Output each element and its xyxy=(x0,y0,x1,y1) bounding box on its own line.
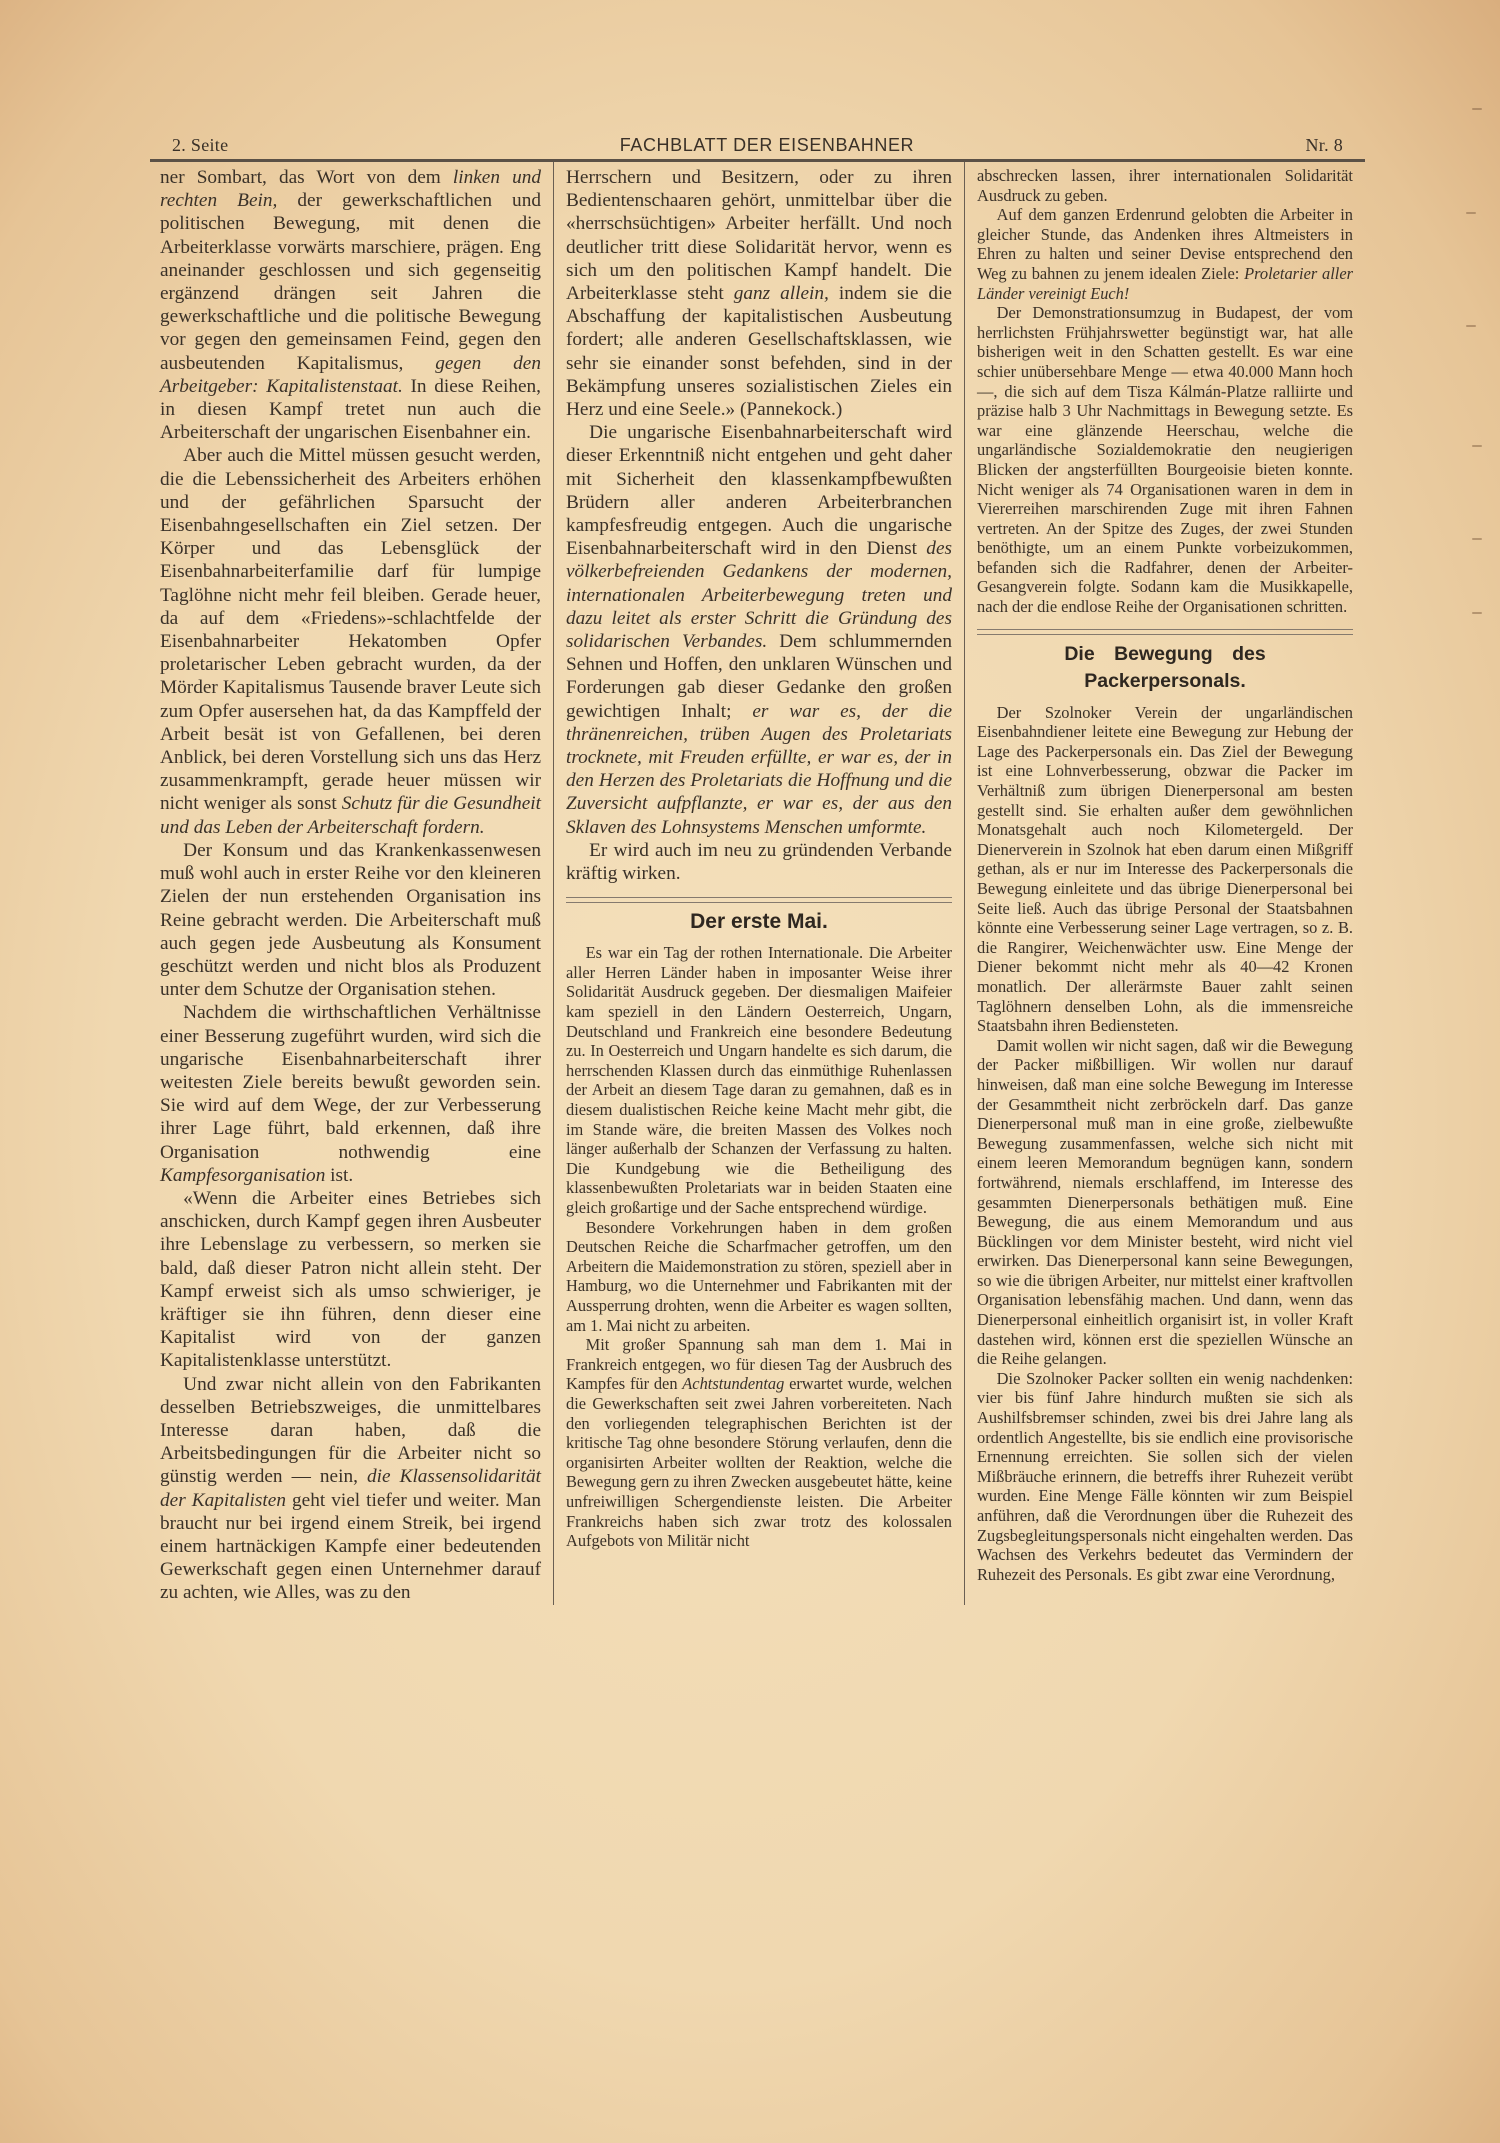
margin-speck xyxy=(1472,108,1482,110)
paragraph: Damit wollen wir nicht sagen, daß wir di… xyxy=(977,1036,1353,1369)
body-text: ner Sombart, das Wort von dem xyxy=(160,167,453,188)
paragraph: Der Demonstrationsumzug in Budapest, der… xyxy=(977,303,1353,617)
margin-speck xyxy=(1466,325,1476,327)
body-text: erwartet wurde, welchen die Gewerkschaft… xyxy=(566,1374,952,1550)
body-text: abschrecken lassen, ihrer internationale… xyxy=(977,166,1353,205)
quote-paragraph: «Wenn die Arbeiter eines Betriebes sich … xyxy=(160,1187,541,1373)
body-text: Nachdem die wirthschaftlichen Verhältnis… xyxy=(160,1002,541,1162)
paragraph: Herrschern und Besitzern, oder zu ihren … xyxy=(566,166,952,421)
body-text: Aber auch die Mittel müssen gesucht werd… xyxy=(160,445,541,814)
newspaper-page: 2. Seite FACHBLATT DER EISENBAHNER Nr. 8… xyxy=(150,132,1365,1605)
emphasis-text: Kampfesorganisation xyxy=(160,1165,325,1186)
article-heading-packerpersonal: Die Bewegung des Packerpersonals. xyxy=(977,641,1353,695)
columns: ner Sombart, das Wort von dem linken und… xyxy=(150,162,1365,1605)
issue-number: Nr. 8 xyxy=(1306,135,1344,156)
paragraph: Aber auch die Mittel müssen gesucht werd… xyxy=(160,444,541,838)
body-text: «Wenn die Arbeiter eines Betriebes sich … xyxy=(160,1188,541,1371)
paragraph: Der Szolnoker Verein der ungarländischen… xyxy=(977,703,1353,1036)
body-text: Der Szolnoker Verein der ungarländischen… xyxy=(977,703,1353,1036)
emphasis-text: Achtstundentag xyxy=(682,1374,784,1393)
paragraph: Auf dem ganzen Erdenrund gelobten die Ar… xyxy=(977,205,1353,303)
column-middle: Herrschern und Besitzern, oder zu ihren … xyxy=(553,162,965,1605)
section-divider xyxy=(977,629,1353,635)
paragraph: ner Sombart, das Wort von dem linken und… xyxy=(160,166,541,444)
body-text: Der Demonstrationsumzug in Budapest, der… xyxy=(977,303,1353,616)
margin-speck xyxy=(1472,445,1482,447)
emphasis-text: ganz allein, xyxy=(734,283,829,304)
paragraph: Die Szolnoker Packer sollten ein wenig n… xyxy=(977,1369,1353,1585)
paragraph: abschrecken lassen, ihrer internationale… xyxy=(977,166,1353,205)
article-heading-erste-mai: Der erste Mai. xyxy=(566,909,952,935)
body-text: Er wird auch im neu zu gründenden Verban… xyxy=(566,840,952,884)
body-text: Die Szolnoker Packer sollten ein wenig n… xyxy=(977,1369,1353,1584)
margin-speck xyxy=(1472,612,1482,614)
body-text: Der Konsum und das Krankenkassenwesen mu… xyxy=(160,840,541,1000)
section-divider xyxy=(566,897,952,903)
paragraph: Und zwar nicht allein von den Fabrikante… xyxy=(160,1373,541,1605)
body-text: ist. xyxy=(325,1165,353,1186)
margin-speck xyxy=(1472,538,1482,540)
paragraph: Mit großer Spannung sah man dem 1. Mai i… xyxy=(566,1335,952,1551)
column-right: abschrecken lassen, ihrer internationale… xyxy=(965,162,1365,1605)
column-left: ner Sombart, das Wort von dem linken und… xyxy=(150,162,553,1605)
paragraph: Es war ein Tag der rothen Internationale… xyxy=(566,943,952,1217)
paragraph: Der Konsum und das Krankenkassenwesen mu… xyxy=(160,839,541,1001)
body-text: Damit wollen wir nicht sagen, daß wir di… xyxy=(977,1036,1353,1369)
page-number: 2. Seite xyxy=(172,135,228,156)
body-text: der gewerkschaftlichen und politischen B… xyxy=(160,190,541,373)
paragraph: Die ungarische Eisenbahnarbeiterschaft w… xyxy=(566,421,952,839)
paragraph: Nachdem die wirthschaftlichen Verhältnis… xyxy=(160,1001,541,1187)
paragraph: Besondere Vorkehrungen haben in dem groß… xyxy=(566,1218,952,1336)
body-text: Es war ein Tag der rothen Internationale… xyxy=(566,943,952,1217)
body-text: Die ungarische Eisenbahnarbeiterschaft w… xyxy=(566,422,952,559)
running-header: 2. Seite FACHBLATT DER EISENBAHNER Nr. 8 xyxy=(150,132,1365,156)
publication-title: FACHBLATT DER EISENBAHNER xyxy=(620,135,914,156)
article-erste-mai: Es war ein Tag der rothen Internationale… xyxy=(566,943,952,1550)
margin-speck xyxy=(1466,212,1476,214)
paragraph: Er wird auch im neu zu gründenden Verban… xyxy=(566,839,952,885)
body-text: Besondere Vorkehrungen haben in dem groß… xyxy=(566,1218,952,1335)
